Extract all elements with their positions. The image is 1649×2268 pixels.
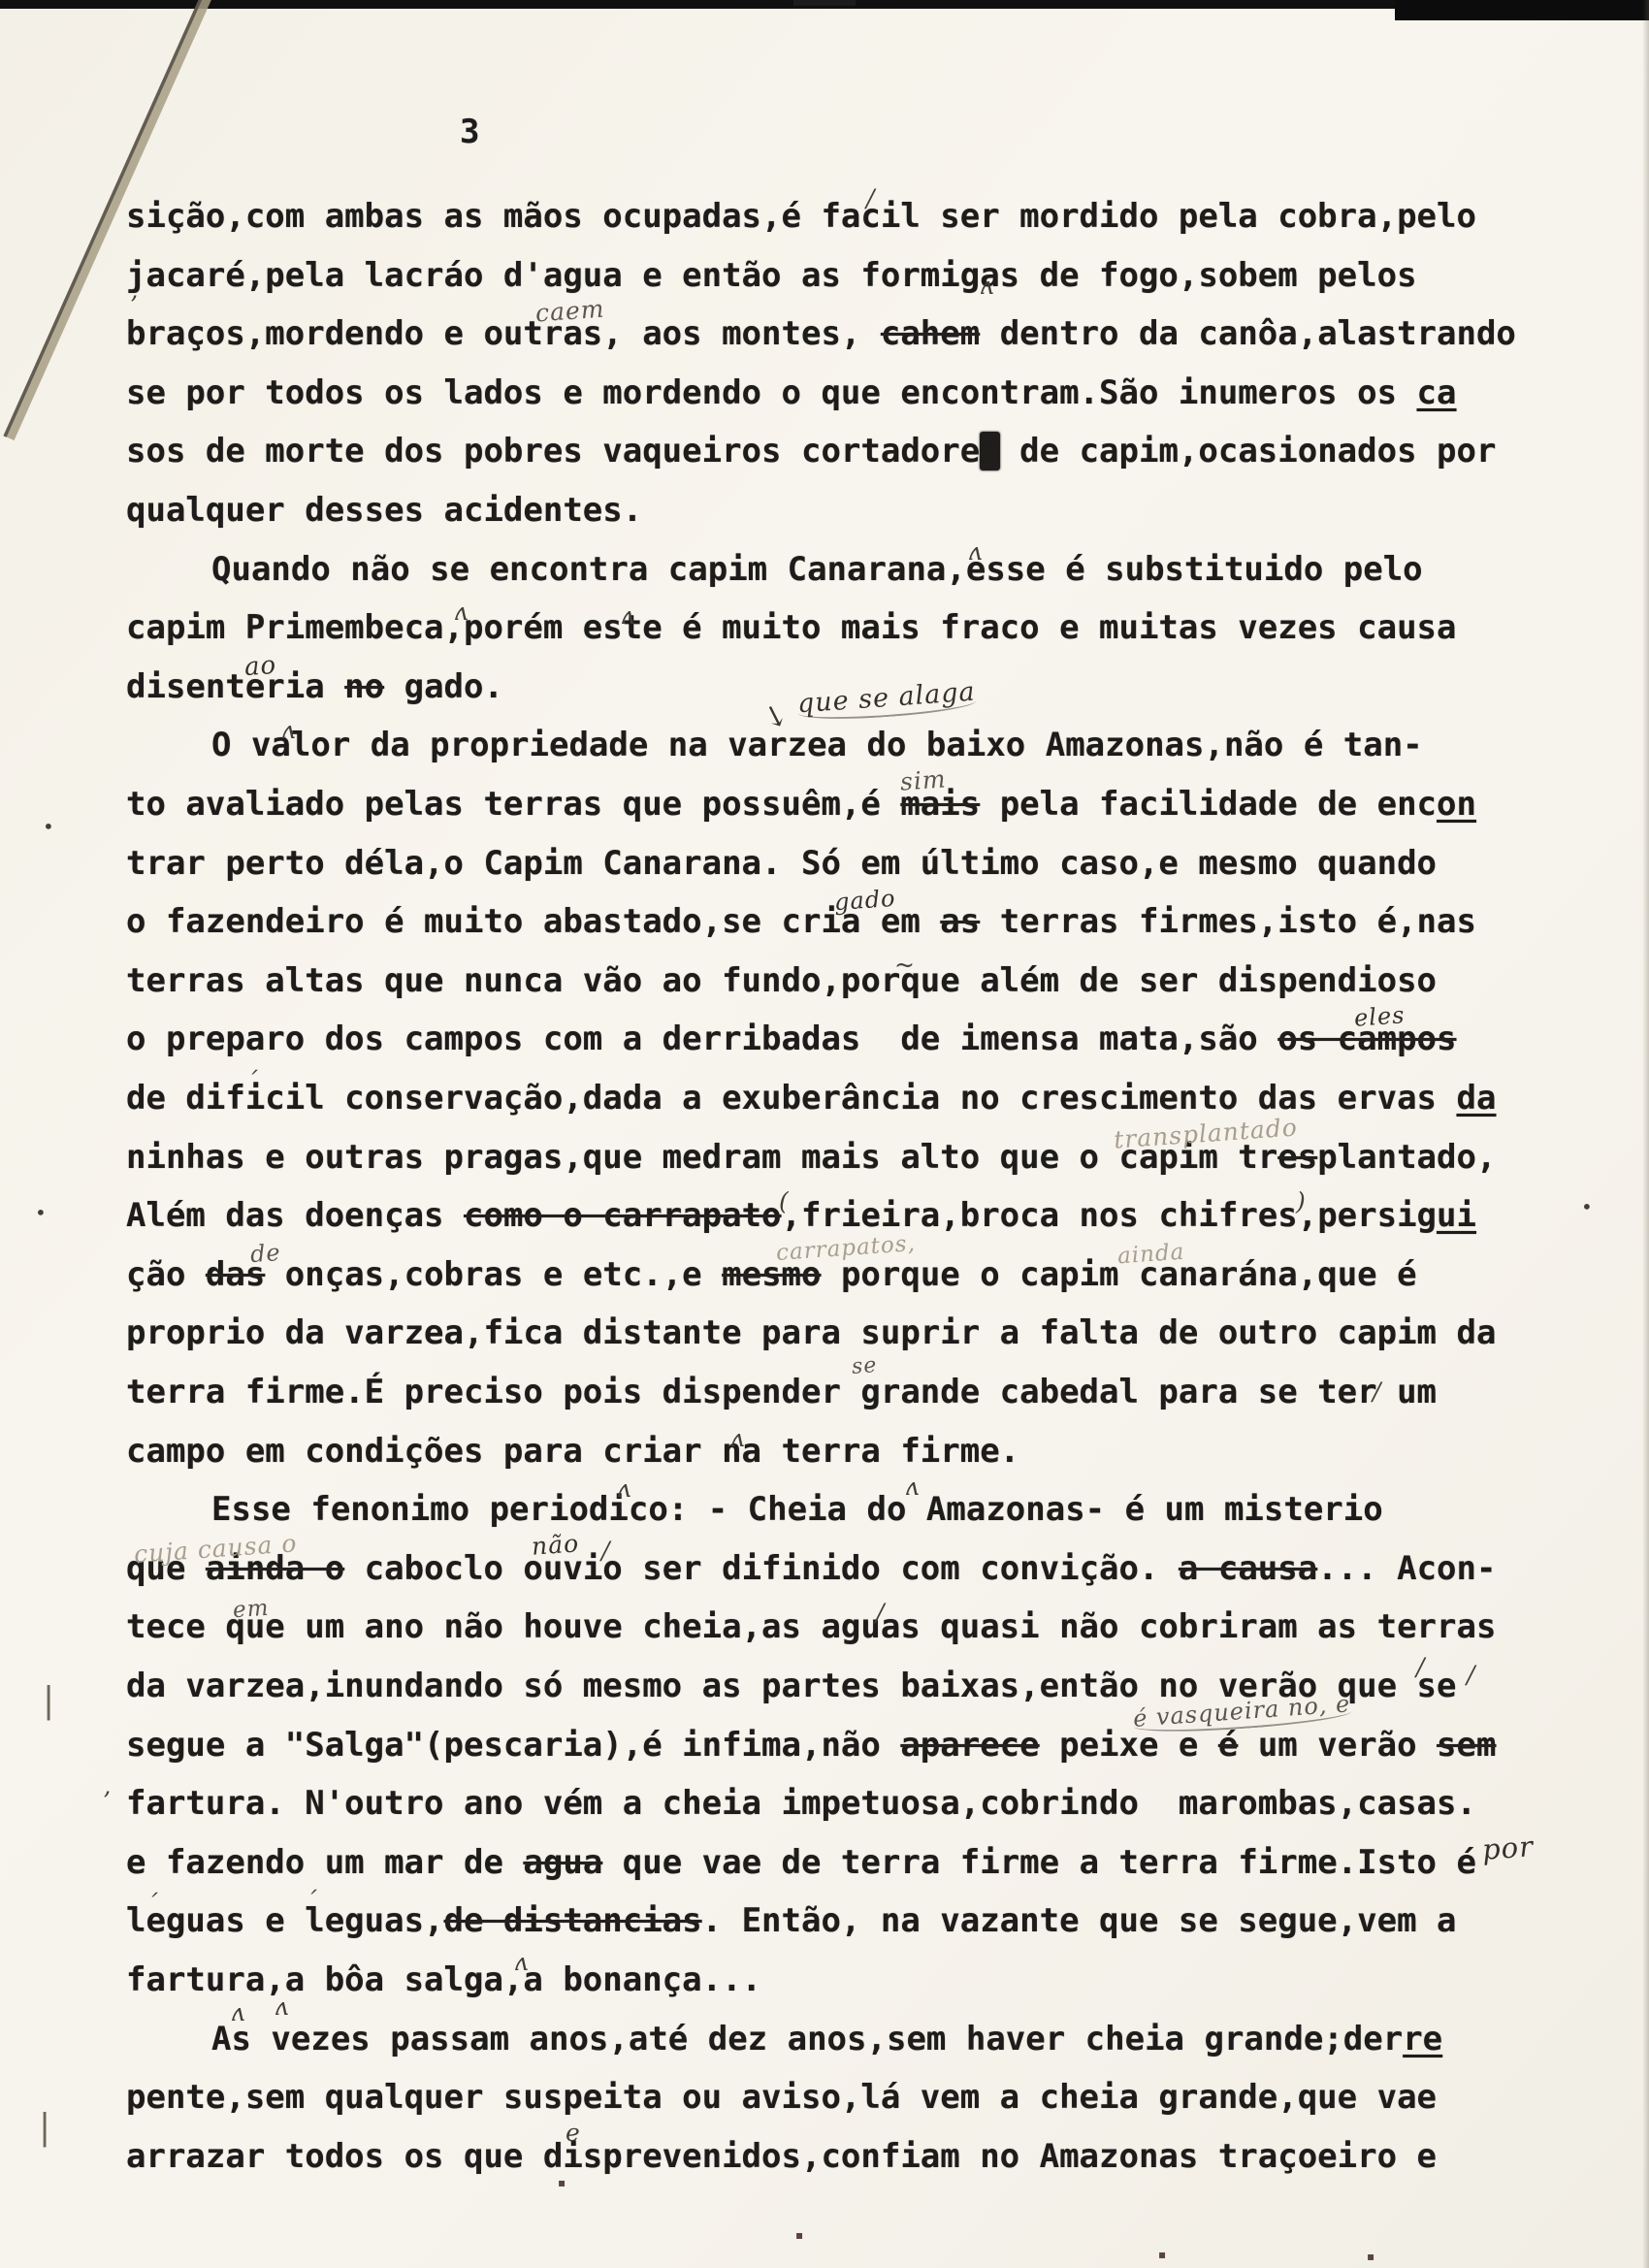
pen-mark-caret: ʌ bbox=[275, 1994, 288, 2019]
typed-line: jacaré,pela lacráo d'agua e então as for… bbox=[126, 259, 1417, 292]
handwritten-annotation: ainda bbox=[1116, 1240, 1185, 1270]
typed-line: terras altas que nunca vão ao fundo,porq… bbox=[126, 964, 1437, 997]
typed-line: tece que um ano não houve cheia,as aguas… bbox=[126, 1610, 1496, 1643]
handwritten-annotation: gado bbox=[833, 885, 896, 916]
pen-mark-caret: ʌ bbox=[231, 2000, 244, 2025]
pen-mark-slash: / bbox=[876, 1601, 884, 1625]
pen-mark-slash: / bbox=[601, 1539, 609, 1563]
typed-line: proprio da varzea,fica distante para sup… bbox=[126, 1316, 1496, 1349]
typed-line: ção das onças,cobras e etc.,e mesmo porq… bbox=[126, 1258, 1417, 1291]
typed-line: sos de morte dos pobres vaqueiros cortad… bbox=[126, 435, 1496, 468]
scan-edge-artifact-top-right bbox=[1395, 0, 1649, 20]
typed-line: o preparo dos campos com a derribadas de… bbox=[126, 1022, 1456, 1055]
pen-mark-slash: / bbox=[866, 186, 874, 211]
pen-mark-loop: e bbox=[566, 2121, 580, 2145]
handwritten-annotation: sim bbox=[899, 764, 947, 795]
typed-line: sição,com ambas as mãos ocupadas,é facil… bbox=[126, 200, 1476, 233]
pen-mark-caret: ʌ bbox=[730, 1426, 744, 1450]
pen-mark-dot: • bbox=[1581, 1197, 1593, 1216]
typed-line: Quando não se encontra capim Canarana,es… bbox=[211, 553, 1423, 586]
handwritten-annotation: em bbox=[232, 1596, 270, 1624]
scan-edge-artifact-nub bbox=[793, 0, 856, 6]
pen-mark-caret: ʌ bbox=[968, 539, 982, 564]
typed-line: de dificil conservação,dada a exuberânci… bbox=[126, 1082, 1496, 1115]
typed-line: trar perto déla,o Capim Canarana. Só em … bbox=[126, 847, 1437, 880]
typed-line: qualquer desses acidentes. bbox=[126, 494, 642, 527]
typed-line: leguas e leguas,de distancias. Então, na… bbox=[126, 1904, 1456, 1937]
pen-mark-squiggle: ~ bbox=[894, 953, 915, 977]
pen-mark-paren-open: ( bbox=[779, 1189, 789, 1214]
typed-line: braços,mordendo e outras, aos montes, ca… bbox=[126, 317, 1516, 350]
handwritten-annotation: ao bbox=[243, 651, 277, 682]
typed-line: ninhas e outras pragas,que medram mais a… bbox=[126, 1141, 1496, 1174]
pen-mark-speck: ▪ bbox=[795, 2229, 803, 2241]
typed-line: Esse fenonimo periodico: - Cheia do Amaz… bbox=[211, 1493, 1383, 1526]
pen-mark-caret: ʌ bbox=[617, 1476, 630, 1501]
typed-line: pente,sem qualquer suspeita ou aviso,lá … bbox=[126, 2081, 1437, 2114]
typed-line: e fazendo um mar de agua que vae de terr… bbox=[126, 1846, 1476, 1879]
pen-mark-caret: ʌ bbox=[621, 603, 634, 628]
typed-line: capim Primembeca,porém este é muito mais… bbox=[126, 611, 1456, 644]
handwritten-annotation: por bbox=[1481, 1830, 1535, 1866]
pen-mark-tick: ’ bbox=[130, 293, 138, 317]
pen-mark-slash: / bbox=[1416, 1655, 1424, 1679]
handwritten-annotation: não bbox=[531, 1529, 580, 1560]
pen-mark-speck: ▪ bbox=[1367, 2251, 1374, 2262]
pen-mark-accent: ´ bbox=[145, 1892, 158, 1916]
typed-line: que ainda o caboclo ouvio ser difinido c… bbox=[126, 1552, 1496, 1585]
typed-line: O valor da propriedade na varzea do baix… bbox=[211, 729, 1423, 761]
typed-line: campo em condições para criar na terra f… bbox=[126, 1435, 1019, 1468]
handwritten-annotation: que se alaga bbox=[796, 677, 977, 724]
typed-line: arrazar todos os que disprevenidos,confi… bbox=[126, 2140, 1437, 2173]
pen-mark-dot: • bbox=[43, 817, 54, 836]
typed-line: terra firme.É preciso pois dispender gra… bbox=[126, 1376, 1437, 1409]
typed-line: o fazendeiro é muito abastado,se cria em… bbox=[126, 905, 1476, 938]
pen-mark-paren-close: ) bbox=[1296, 1189, 1306, 1214]
typed-line: disenteria no gado. bbox=[126, 670, 503, 703]
pen-mark-caret: ʌ bbox=[454, 599, 468, 624]
handwritten-annotation: se bbox=[851, 1353, 878, 1379]
pen-mark-caret: ʌ bbox=[281, 718, 295, 742]
pen-mark-caret: ʌ bbox=[905, 1474, 919, 1499]
typed-line: se por todos os lados e mordendo o que e… bbox=[126, 376, 1457, 409]
pen-mark-slash: / bbox=[1467, 1663, 1474, 1687]
pen-mark-caret: ʌ bbox=[980, 274, 993, 298]
pen-mark-slash: / bbox=[1373, 1379, 1380, 1404]
scanned-typescript-page: 3 sição,com ambas as mãos ocupadas,é fac… bbox=[0, 0, 1649, 2268]
typed-line: Além das doenças como o carrapato,frieir… bbox=[126, 1199, 1476, 1232]
pen-mark-caret: ʌ bbox=[514, 1950, 528, 1974]
typed-line: fartura. N'outro ano vém a cheia impetuo… bbox=[126, 1787, 1476, 1820]
typed-line: to avaliado pelas terras que possuêm,é m… bbox=[126, 788, 1476, 821]
pen-mark-accent: ´ bbox=[305, 1889, 317, 1913]
handwritten-annotation: de bbox=[249, 1239, 281, 1268]
typed-line: fartura,a bôa salga,a bonança... bbox=[126, 1963, 761, 1996]
handwritten-annotation: caem bbox=[534, 295, 605, 328]
pen-mark-speck: ▪ bbox=[1158, 2249, 1166, 2260]
pen-mark-vbar: | bbox=[39, 2111, 50, 2146]
scan-edge-shadow-right bbox=[1642, 0, 1649, 2268]
pen-mark-vbar: | bbox=[43, 1684, 54, 1719]
handwritten-annotation: eles bbox=[1353, 1001, 1406, 1032]
typed-line: segue a "Salga"(pescaria),é infima,não a… bbox=[126, 1729, 1496, 1762]
pen-mark-accent: ´ bbox=[245, 1069, 258, 1093]
pen-mark-tick: ’ bbox=[103, 1789, 111, 1813]
pen-mark-speck: ▪ bbox=[558, 2177, 566, 2188]
typed-line: As vezes passam anos,até dez anos,sem ha… bbox=[211, 2023, 1442, 2056]
page-number: 3 bbox=[460, 113, 479, 151]
pen-mark-dot: • bbox=[35, 1203, 47, 1222]
